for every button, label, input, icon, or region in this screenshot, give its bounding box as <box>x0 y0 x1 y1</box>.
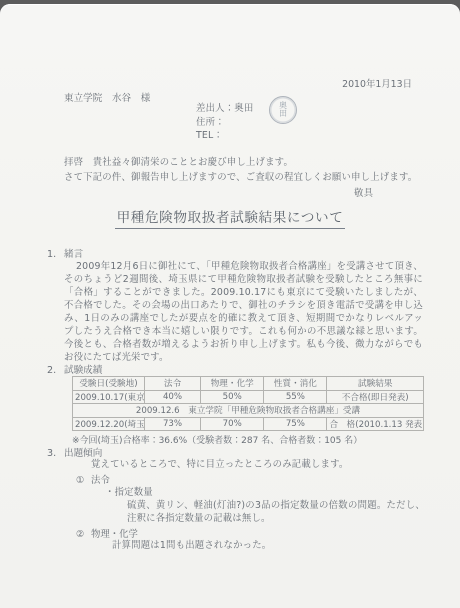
section-2-heading: 2.試験成績 <box>47 362 102 376</box>
item-1-label: 法令 <box>91 475 110 486</box>
item-1-subheading: ・指定数量 <box>105 486 153 499</box>
cell-result-tokyo: 不合格(即日発表) <box>327 390 424 404</box>
table-row-saitama: 2009.12.20(埼玉) 73% 70% 75% 合 格(2010.1.13… <box>73 417 424 431</box>
seal-char-bottom: 田 <box>279 110 287 119</box>
sender-block: 差出人：奥田 住所： TEL： <box>196 102 253 143</box>
section-2-title: 試験成績 <box>64 365 102 376</box>
item-2-number: ② <box>76 529 91 540</box>
section-3-heading: 3.出題傾向 <box>47 445 102 459</box>
section-1-body: 2009年12月6日に御社にて、「甲種危険物取扱者合格講座」を受講させて頂き、そ… <box>64 260 423 364</box>
cell-date-saitama: 2009.12.20(埼玉) <box>73 417 145 431</box>
item-1-number: ① <box>76 475 91 486</box>
scanned-document: 2010年1月13日 東立学院 水谷 様 差出人：奥田 住所： TEL： 奥 田… <box>0 0 460 608</box>
item-1-heading: ①法令 <box>76 472 110 486</box>
cell-physics-saitama: 70% <box>201 417 264 431</box>
sender-address: 住所： <box>196 116 253 130</box>
letter-date: 2010年1月13日 <box>342 76 412 90</box>
section-1-number: 1. <box>47 249 64 260</box>
section-3-intro: 覚えているところで、特に目立ったところのみ記載します。 <box>91 458 349 471</box>
item-1-detail: 硫黄、黄リン、軽油(灯油?)の3品の指定数量の倍数の問題。ただし、注釈に各指定数… <box>127 499 425 525</box>
section-1-heading: 1.緒言 <box>47 246 83 260</box>
cell-properties-saitama: 75% <box>264 417 327 431</box>
letter-paper: 2010年1月13日 東立学院 水谷 様 差出人：奥田 住所： TEL： 奥 田… <box>0 4 460 608</box>
header-physics-chemistry: 物理・化学 <box>201 377 264 391</box>
cell-course-merged: 2009.12.6 東立学院「甲種危険物取扱者合格講座」受講 <box>73 404 424 418</box>
cell-law-saitama: 73% <box>144 417 200 431</box>
table-row-course: 2009.12.6 東立学院「甲種危険物取扱者合格講座」受講 <box>73 404 424 418</box>
closing-word: 敬具 <box>354 187 373 200</box>
pass-result-date: (2010.1.13 発表) <box>355 420 423 430</box>
sender-from: 差出人：奥田 <box>196 102 253 116</box>
item-2-heading: ②物理・化学 <box>76 526 138 540</box>
table-header-row: 受験日(受験地) 法令 物理・化学 性質・消化 試験結果 <box>73 377 424 391</box>
pass-result-text: 合 格 <box>329 420 355 431</box>
section-3-number: 3. <box>47 448 64 459</box>
sender-tel: TEL： <box>196 129 253 143</box>
greeting-line-1: 拝啓 貴社益々御清栄のこととお慶び申し上げます。 <box>64 156 293 169</box>
pass-rate-note: ※今回(埼玉)合格率：36.6%（受験者数：287 名、合格者数：105 名） <box>72 433 362 446</box>
hanko-seal-icon: 奥 田 <box>269 96 297 124</box>
cell-properties-tokyo: 55% <box>264 390 327 404</box>
item-2-detail: 計算問題は1問も出題されなかった。 <box>112 539 271 552</box>
letter-title-text: 甲種危険物取扱者試験結果について <box>115 210 346 229</box>
header-properties: 性質・消化 <box>264 377 327 391</box>
cell-law-tokyo: 40% <box>144 390 200 404</box>
cell-physics-tokyo: 50% <box>201 390 264 404</box>
section-1-title: 緒言 <box>64 249 83 260</box>
cell-result-saitama: 合 格(2010.1.13 発表) <box>327 417 424 431</box>
header-result: 試験結果 <box>327 377 424 391</box>
header-exam-date: 受験日(受験地) <box>73 377 145 391</box>
header-law: 法令 <box>144 377 200 391</box>
table-row-tokyo: 2009.10.17(東京) 40% 50% 55% 不合格(即日発表) <box>73 390 424 404</box>
recipient-name: 東立学院 水谷 様 <box>64 90 150 104</box>
greeting-line-2: さて下記の件、御報告申し上げますので、ご査収の程宜しくお願い申し上げます。 <box>64 171 417 184</box>
section-2-number: 2. <box>47 365 64 376</box>
letter-title: 甲種危険物取扱者試験結果について <box>0 206 460 226</box>
exam-results-table: 受験日(受験地) 法令 物理・化学 性質・消化 試験結果 2009.10.17(… <box>72 376 424 431</box>
cell-date-tokyo: 2009.10.17(東京) <box>73 390 145 404</box>
